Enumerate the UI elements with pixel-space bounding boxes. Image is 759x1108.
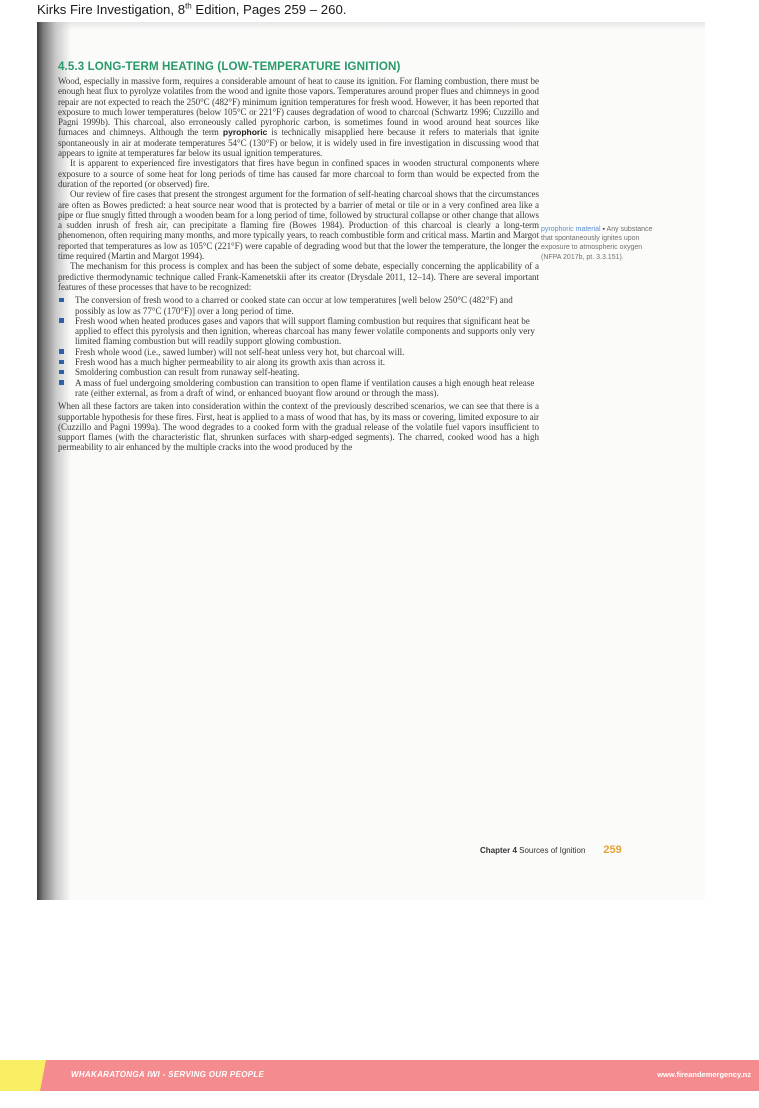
- organization-footer-band: WHAKARATONGA IWI - SERVING OUR PEOPLE ww…: [0, 1060, 759, 1091]
- main-text-column: 4.5.3 LONG-TERM HEATING (LOW-TEMPERATURE…: [58, 60, 539, 453]
- square-bullet-icon: [59, 380, 64, 385]
- square-bullet-icon: [59, 360, 64, 365]
- page-top-shading: [37, 22, 705, 30]
- square-bullet-icon: [59, 349, 64, 354]
- paragraph-2: It is apparent to experienced fire inves…: [58, 158, 539, 189]
- paragraph-4: The mechanism for this process is comple…: [58, 261, 539, 292]
- caption-prefix: Kirks Fire Investigation, 8: [37, 2, 185, 17]
- list-item: The conversion of fresh wood to a charre…: [58, 295, 539, 316]
- footer-tagline: WHAKARATONGA IWI - SERVING OUR PEOPLE: [71, 1070, 264, 1079]
- paragraph-1: Wood, especially in massive form, requir…: [58, 76, 539, 158]
- feature-bullet-list: The conversion of fresh wood to a charre…: [58, 295, 539, 398]
- footer-yellow-stripe: [0, 1060, 46, 1091]
- list-item: Fresh wood when heated produces gases an…: [58, 316, 539, 347]
- key-term-pyrophoric: pyrophoric: [223, 127, 267, 137]
- chapter-title: Sources of Ignition: [517, 846, 585, 855]
- page-number: 259: [603, 844, 621, 856]
- document-caption: Kirks Fire Investigation, 8th Edition, P…: [37, 2, 346, 17]
- margin-definition: pyrophoric material ▪ Any substance that…: [541, 225, 653, 262]
- list-item: A mass of fuel undergoing smoldering com…: [58, 378, 539, 399]
- list-item: Smoldering combustion can result from ru…: [58, 367, 539, 377]
- paragraph-5: When all these factors are taken into co…: [58, 401, 539, 452]
- margin-term: pyrophoric material: [541, 226, 601, 233]
- list-item: Fresh whole wood (i.e., sawed lumber) wi…: [58, 347, 539, 357]
- list-item: Fresh wood has a much higher permeabilit…: [58, 357, 539, 367]
- running-footer: Chapter 4 Sources of Ignition259: [480, 844, 622, 856]
- caption-superscript: th: [185, 2, 192, 11]
- square-bullet-icon: [59, 298, 64, 303]
- footer-website-link[interactable]: www.fireandemergency.nz: [657, 1070, 751, 1079]
- chapter-label: Chapter 4: [480, 846, 517, 855]
- square-bullet-icon: [59, 318, 64, 323]
- caption-suffix: Edition, Pages 259 – 260.: [192, 2, 347, 17]
- paragraph-3: Our review of fire cases that present th…: [58, 189, 539, 261]
- scanned-book-page: 4.5.3 LONG-TERM HEATING (LOW-TEMPERATURE…: [37, 22, 705, 900]
- section-heading: 4.5.3 LONG-TERM HEATING (LOW-TEMPERATURE…: [58, 60, 539, 73]
- square-bullet-icon: [59, 370, 64, 375]
